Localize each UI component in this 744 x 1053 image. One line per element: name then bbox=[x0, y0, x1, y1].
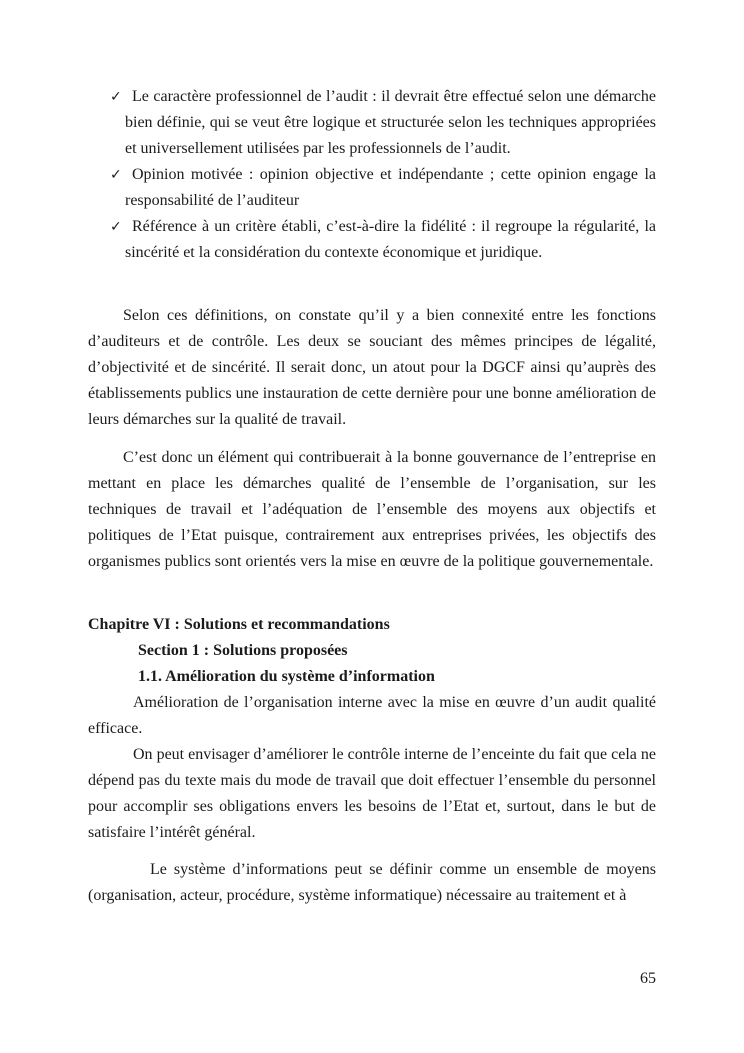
subsection-heading: 1.1. Amélioration du système d’informati… bbox=[138, 664, 656, 690]
paragraph-systeme-informations: Le système d’informations peut se défini… bbox=[88, 857, 656, 909]
page-content: ✓ Le caractère professionnel de l’audit … bbox=[88, 84, 656, 909]
bullet-item: ✓ Référence à un critère établi, c’est-à… bbox=[88, 214, 656, 266]
paragraph-amelioration: Amélioration de l’organisation interne a… bbox=[88, 690, 656, 742]
section-heading: Section 1 : Solutions proposées bbox=[138, 638, 656, 664]
page-number: 65 bbox=[640, 966, 656, 992]
paragraph-controle-interne: On peut envisager d’améliorer le contrôl… bbox=[88, 742, 656, 846]
bullet-list: ✓ Le caractère professionnel de l’audit … bbox=[88, 84, 656, 266]
bullet-text: Le caractère professionnel de l’audit : … bbox=[125, 88, 656, 157]
checkmark-icon: ✓ bbox=[110, 214, 122, 240]
document-page: { "doc": { "bullet_marker": "✓", "bullet… bbox=[0, 0, 744, 1053]
bullet-item: ✓ Le caractère professionnel de l’audit … bbox=[88, 84, 656, 162]
bullet-text: Opinion motivée : opinion objective et i… bbox=[125, 166, 656, 209]
checkmark-icon: ✓ bbox=[110, 84, 122, 110]
checkmark-icon: ✓ bbox=[110, 162, 122, 188]
bullet-text: Référence à un critère établi, c’est-à-d… bbox=[125, 218, 656, 261]
paragraph-gouvernance: C’est donc un élément qui contribuerait … bbox=[88, 445, 656, 575]
chapter-heading: Chapitre VI : Solutions et recommandatio… bbox=[88, 612, 656, 638]
paragraph-definitions: Selon ces définitions, on constate qu’il… bbox=[88, 303, 656, 433]
bullet-item: ✓ Opinion motivée : opinion objective et… bbox=[88, 162, 656, 214]
